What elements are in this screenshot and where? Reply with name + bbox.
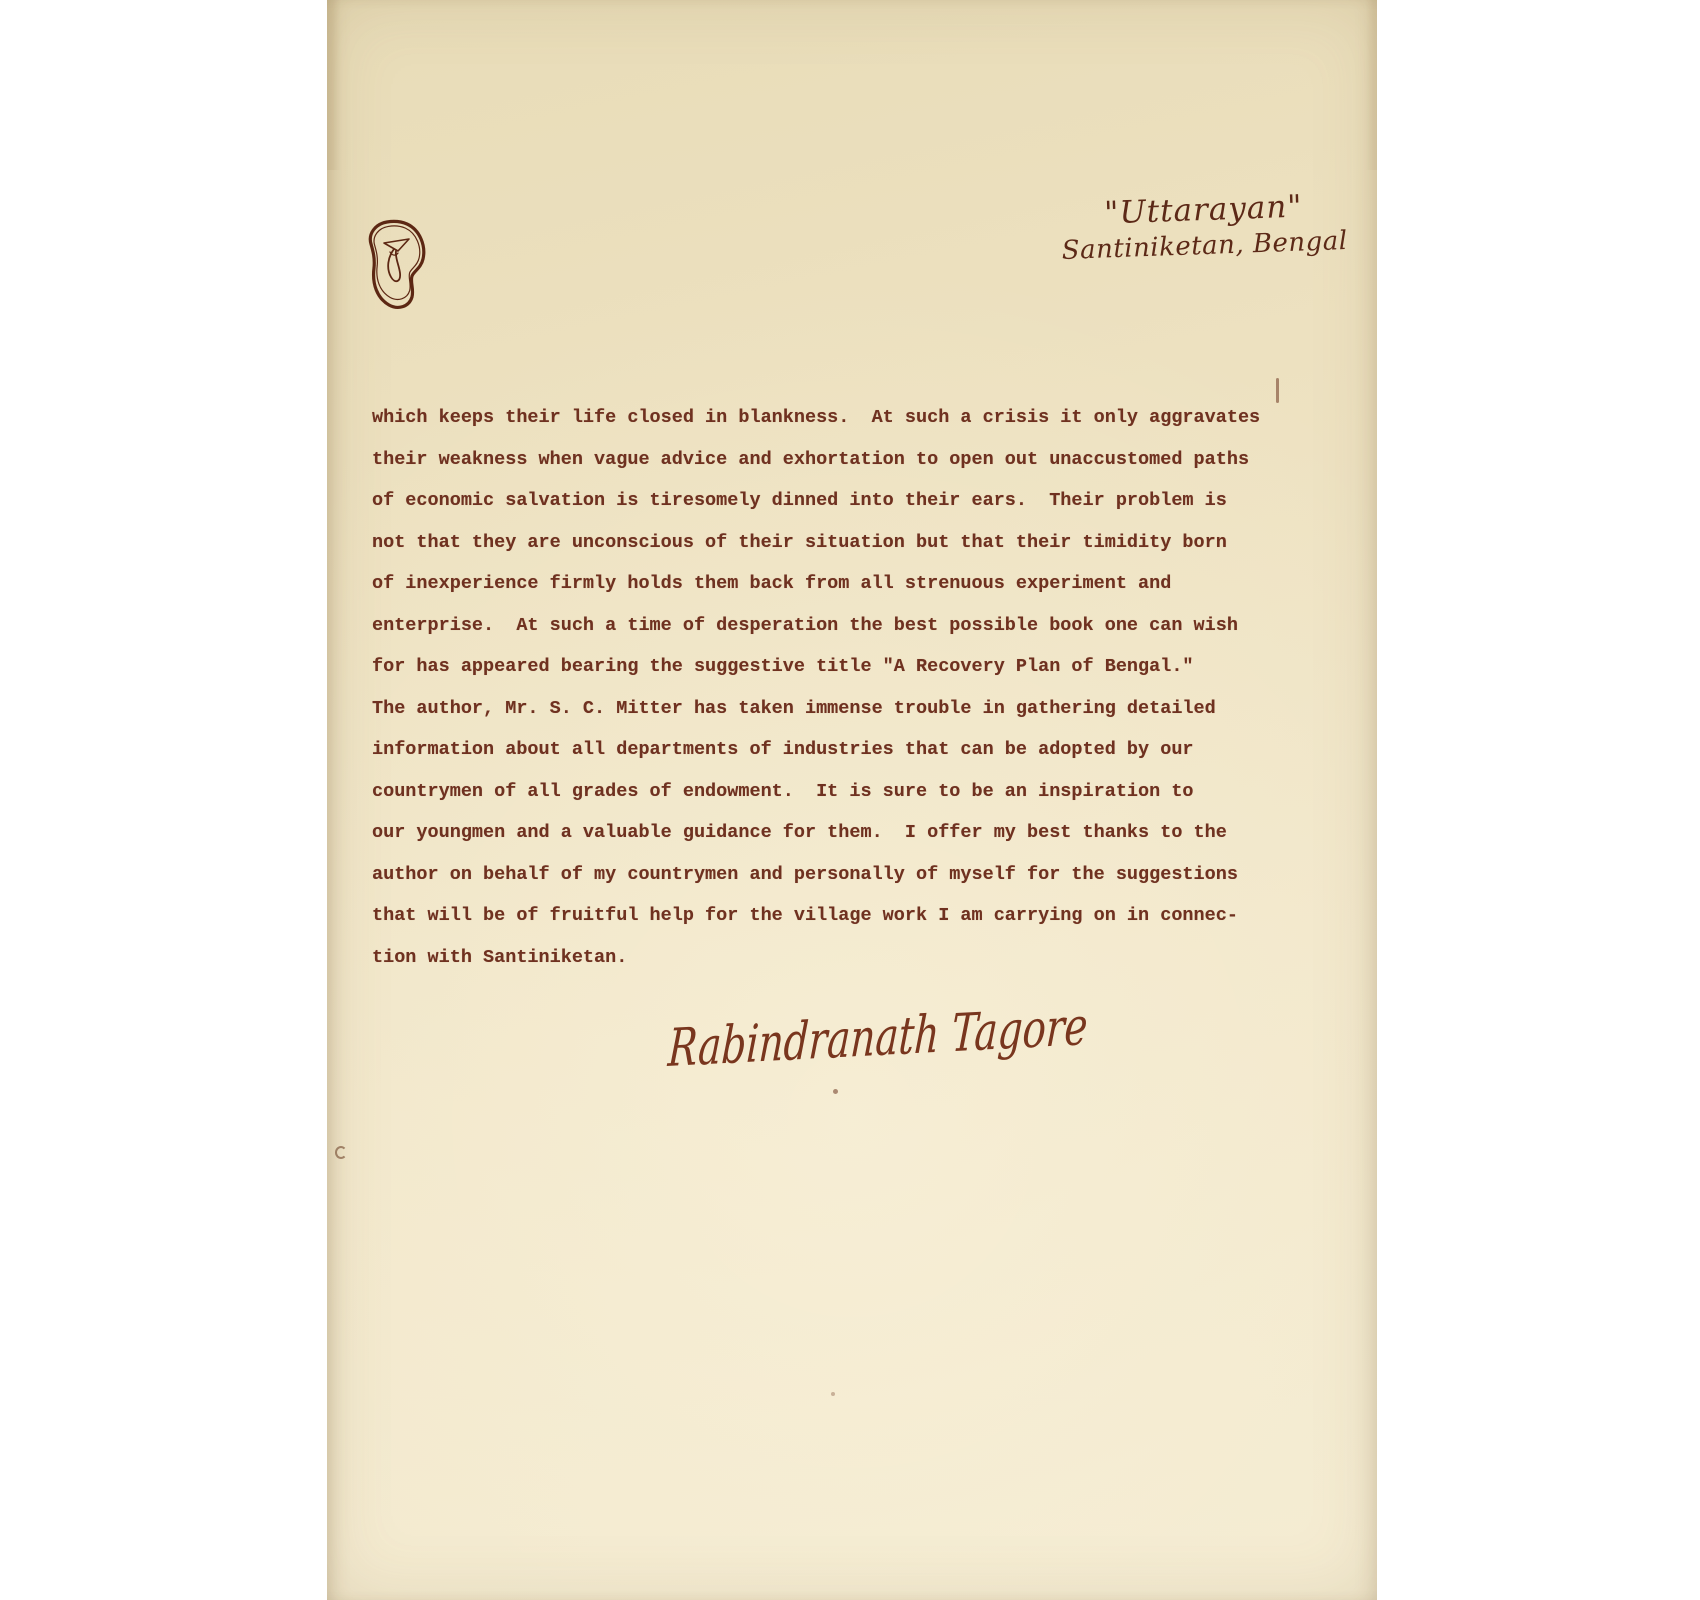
signature: Rabindranath Tagore <box>662 962 1132 1122</box>
letterhead: "Uttarayan" Santiniketan, Bengal <box>1060 187 1348 266</box>
letter-line: of economic salvation is tiresomely dinn… <box>372 480 1317 522</box>
letter-line: The author, Mr. S. C. Mitter has taken i… <box>372 688 1317 730</box>
monogram-seal-icon <box>365 218 429 312</box>
scan-artifact <box>335 1146 347 1159</box>
scan-artifact <box>1276 378 1279 403</box>
letter-line: information about all departments of ind… <box>372 729 1317 771</box>
letter-line: our youngmen and a valuable guidance for… <box>372 812 1317 854</box>
letter-line: countrymen of all grades of endowment. I… <box>372 771 1317 813</box>
ink-dot <box>831 1392 835 1396</box>
letter-line: their weakness when vague advice and exh… <box>372 439 1317 481</box>
letter-line: for has appeared bearing the suggestive … <box>372 646 1317 688</box>
letter-line: which keeps their life closed in blankne… <box>372 397 1317 439</box>
letter-line: not that they are unconscious of their s… <box>372 522 1317 564</box>
letterhead-house-name: "Uttarayan" <box>1060 187 1347 233</box>
letter-page: "Uttarayan" Santiniketan, Bengal which k… <box>327 0 1377 1600</box>
letter-line: enterprise. At such a time of desperatio… <box>372 605 1317 647</box>
ink-dot <box>833 1089 838 1094</box>
letterhead-address: Santiniketan, Bengal <box>1061 226 1348 266</box>
signature-text: Rabindranath Tagore <box>666 997 1089 1079</box>
letter-line: that will be of fruitful help for the vi… <box>372 895 1317 937</box>
letter-line: author on behalf of my countrymen and pe… <box>372 854 1317 896</box>
letter-line: of inexperience firmly holds them back f… <box>372 563 1317 605</box>
letter-body-text: which keeps their life closed in blankne… <box>372 397 1317 978</box>
